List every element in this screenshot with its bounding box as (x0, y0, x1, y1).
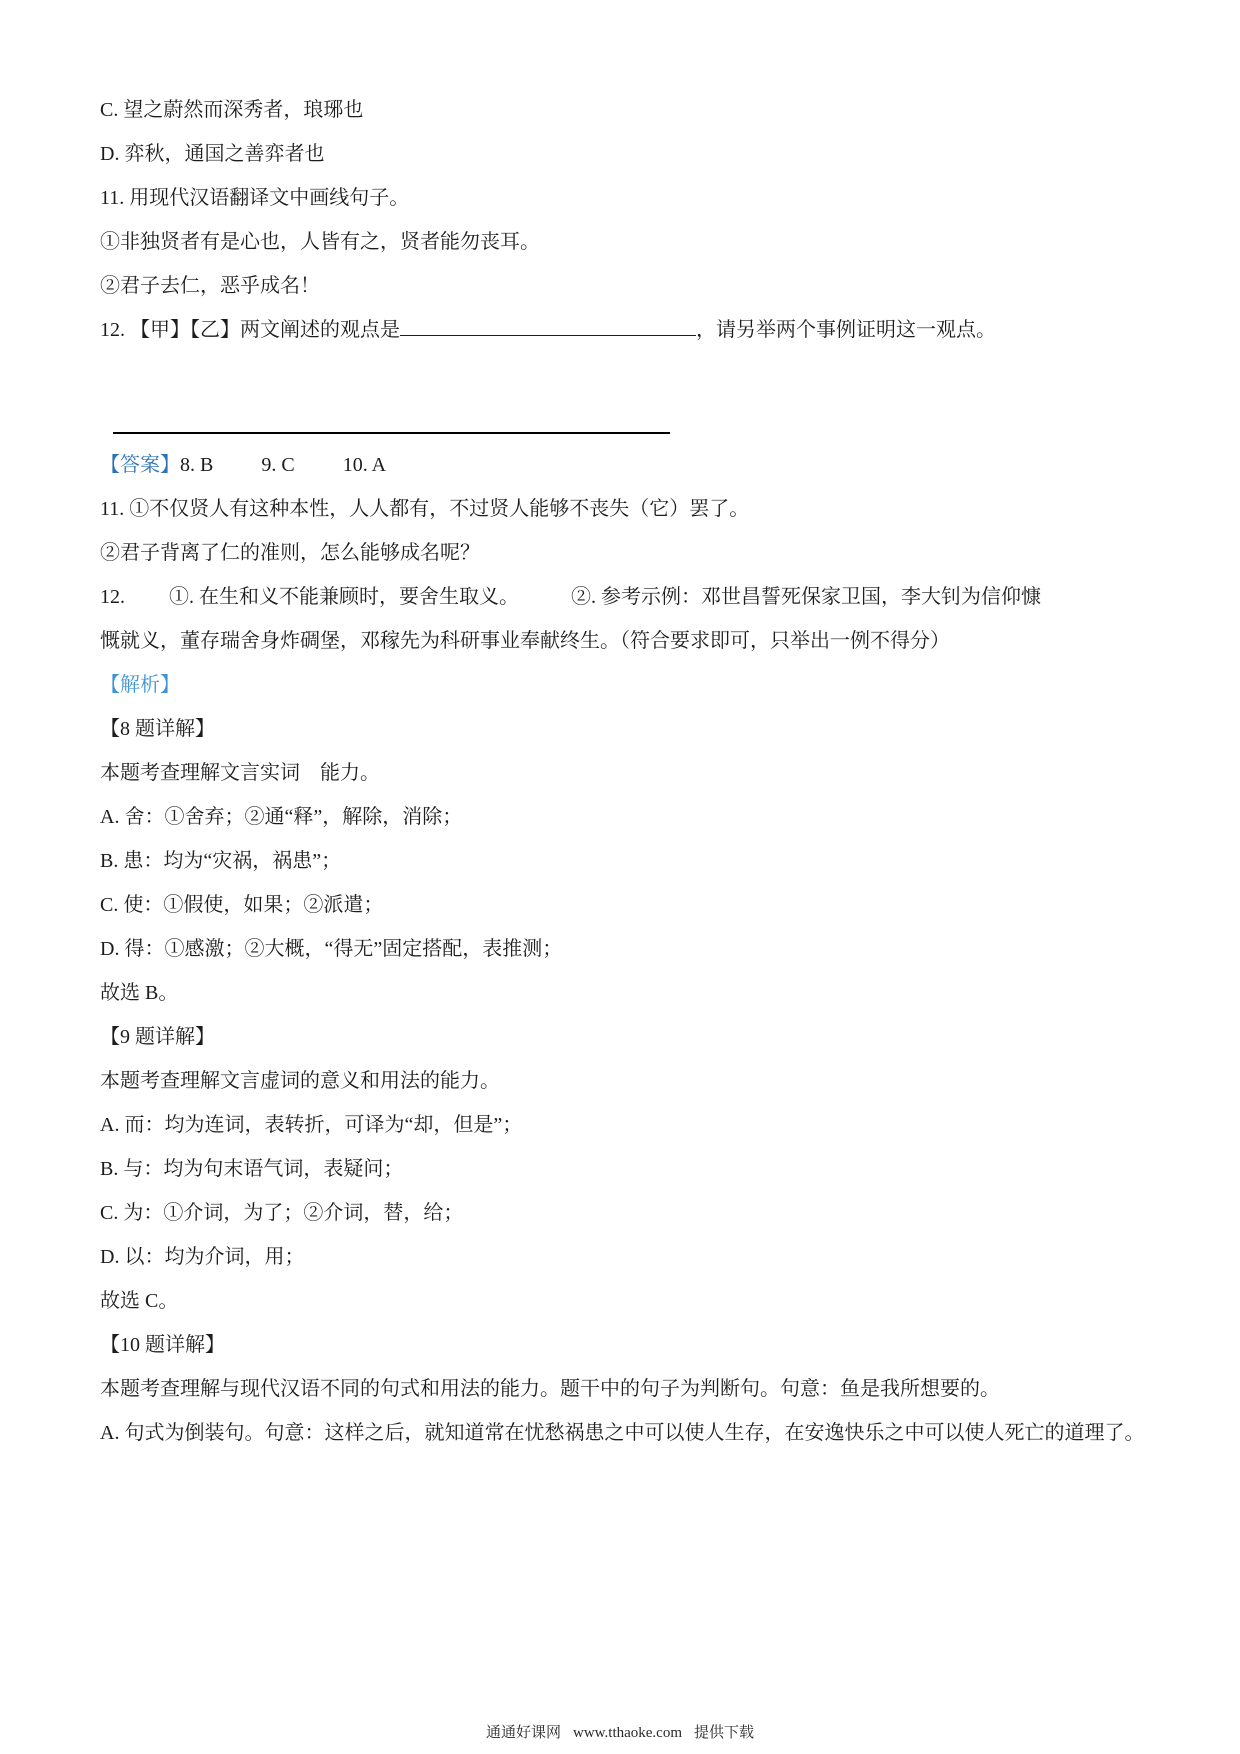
d8-conclusion: 故选 B。 (100, 971, 1150, 1015)
answer-label: 【答案】 (100, 454, 180, 476)
d9-conclusion: 故选 C。 (100, 1279, 1150, 1323)
q12-prefix: 12. 【甲】【乙】两文阐述的观点是 (100, 319, 400, 341)
d8-item-b: B. 患：均为“灾祸，祸患”； (100, 839, 1150, 883)
footer-site-name: 通通好课网 (486, 1725, 561, 1741)
d9-item-d: D. 以：均为介词，用； (100, 1235, 1150, 1279)
exam-answer-page: C. 望之蔚然而深秀者，琅琊也 D. 弈秋，通国之善弈者也 11. 用现代汉语翻… (0, 0, 1240, 1754)
answer-separator-line (113, 432, 670, 434)
a11-line-1: 11. ①不仅贤人有这种本性，人人都有，不过贤人能够不丧失（它）罢了。 (100, 487, 1150, 531)
analysis-header-line: 【解析】 (100, 663, 1150, 707)
answer-q8: 8. B (180, 454, 213, 476)
a12-point-2: ②. 参考示例：邓世昌誓死保家卫国，李大钊为信仰慷 (571, 586, 1041, 608)
a11-line-2: ②君子背离了仁的准则，怎么能够成名呢？ (100, 531, 1150, 575)
d9-item-a: A. 而：均为连词，表转折，可译为“却，但是”； (100, 1103, 1150, 1147)
footer-url[interactable]: www.tthaoke.com (573, 1725, 682, 1741)
d9-heading: 【9 题详解】 (100, 1015, 1150, 1059)
a12-point-1: ①. 在生和义不能兼顾时，要舍生取义。 (169, 586, 519, 608)
d10-heading: 【10 题详解】 (100, 1323, 1150, 1367)
option-d-line: D. 弈秋，通国之善弈者也 (100, 132, 1150, 176)
d9-item-c: C. 为：①介词，为了；②介词，替，给； (100, 1191, 1150, 1235)
answer-header-line: 【答案】8. B9. C10. A (100, 443, 1150, 487)
a12-number: 12. (100, 586, 125, 608)
analysis-label: 【解析】 (100, 674, 180, 696)
d9-intro: 本题考查理解文言虚词的意义和用法的能力。 (100, 1059, 1150, 1103)
q12-suffix: ，请另举两个事例证明这一观点。 (696, 319, 996, 341)
d8-item-a: A. 舍：①舍弃；②通“释”，解除，消除； (100, 795, 1150, 839)
d8-intro: 本题考查理解文言实词 能力。 (100, 751, 1150, 795)
q11-sentence-2: ②君子去仁，恶乎成名！ (100, 264, 1150, 308)
footer-suffix: 提供下载 (694, 1725, 754, 1741)
d8-item-d: D. 得：①感激；②大概，“得无”固定搭配，表推测； (100, 927, 1150, 971)
answer-q10: 10. A (343, 454, 386, 476)
option-c-line: C. 望之蔚然而深秀者，琅琊也 (100, 88, 1150, 132)
d8-heading: 【8 题详解】 (100, 707, 1150, 751)
footer: 通通好课网www.tthaoke.com提供下载 (0, 1721, 1240, 1742)
q12-blank-underline (400, 316, 696, 336)
d9-item-b: B. 与：均为句末语气词，表疑问； (100, 1147, 1150, 1191)
d8-item-c: C. 使：①假使，如果；②派遣； (100, 883, 1150, 927)
q12-line: 12. 【甲】【乙】两文阐述的观点是，请另举两个事例证明这一观点。 (100, 308, 1150, 352)
q11-stem: 11. 用现代汉语翻译文中画线句子。 (100, 176, 1150, 220)
a12-line-1: 12.①. 在生和义不能兼顾时，要舍生取义。②. 参考示例：邓世昌誓死保家卫国，… (100, 575, 1150, 619)
d10-intro: 本题考查理解与现代汉语不同的句式和用法的能力。题干中的句子为判断句。句意：鱼是我… (100, 1367, 1150, 1411)
answer-q9: 9. C (261, 454, 294, 476)
d10-item-a: A. 句式为倒装句。句意：这样之后，就知道常在忧愁祸患之中可以使人生存，在安逸快… (100, 1411, 1150, 1455)
a12-line-2: 慨就义，董存瑞舍身炸碉堡，邓稼先为科研事业奉献终生。（符合要求即可，只举出一例不… (100, 619, 1150, 663)
q11-sentence-1: ①非独贤者有是心也，人皆有之，贤者能勿丧耳。 (100, 220, 1150, 264)
